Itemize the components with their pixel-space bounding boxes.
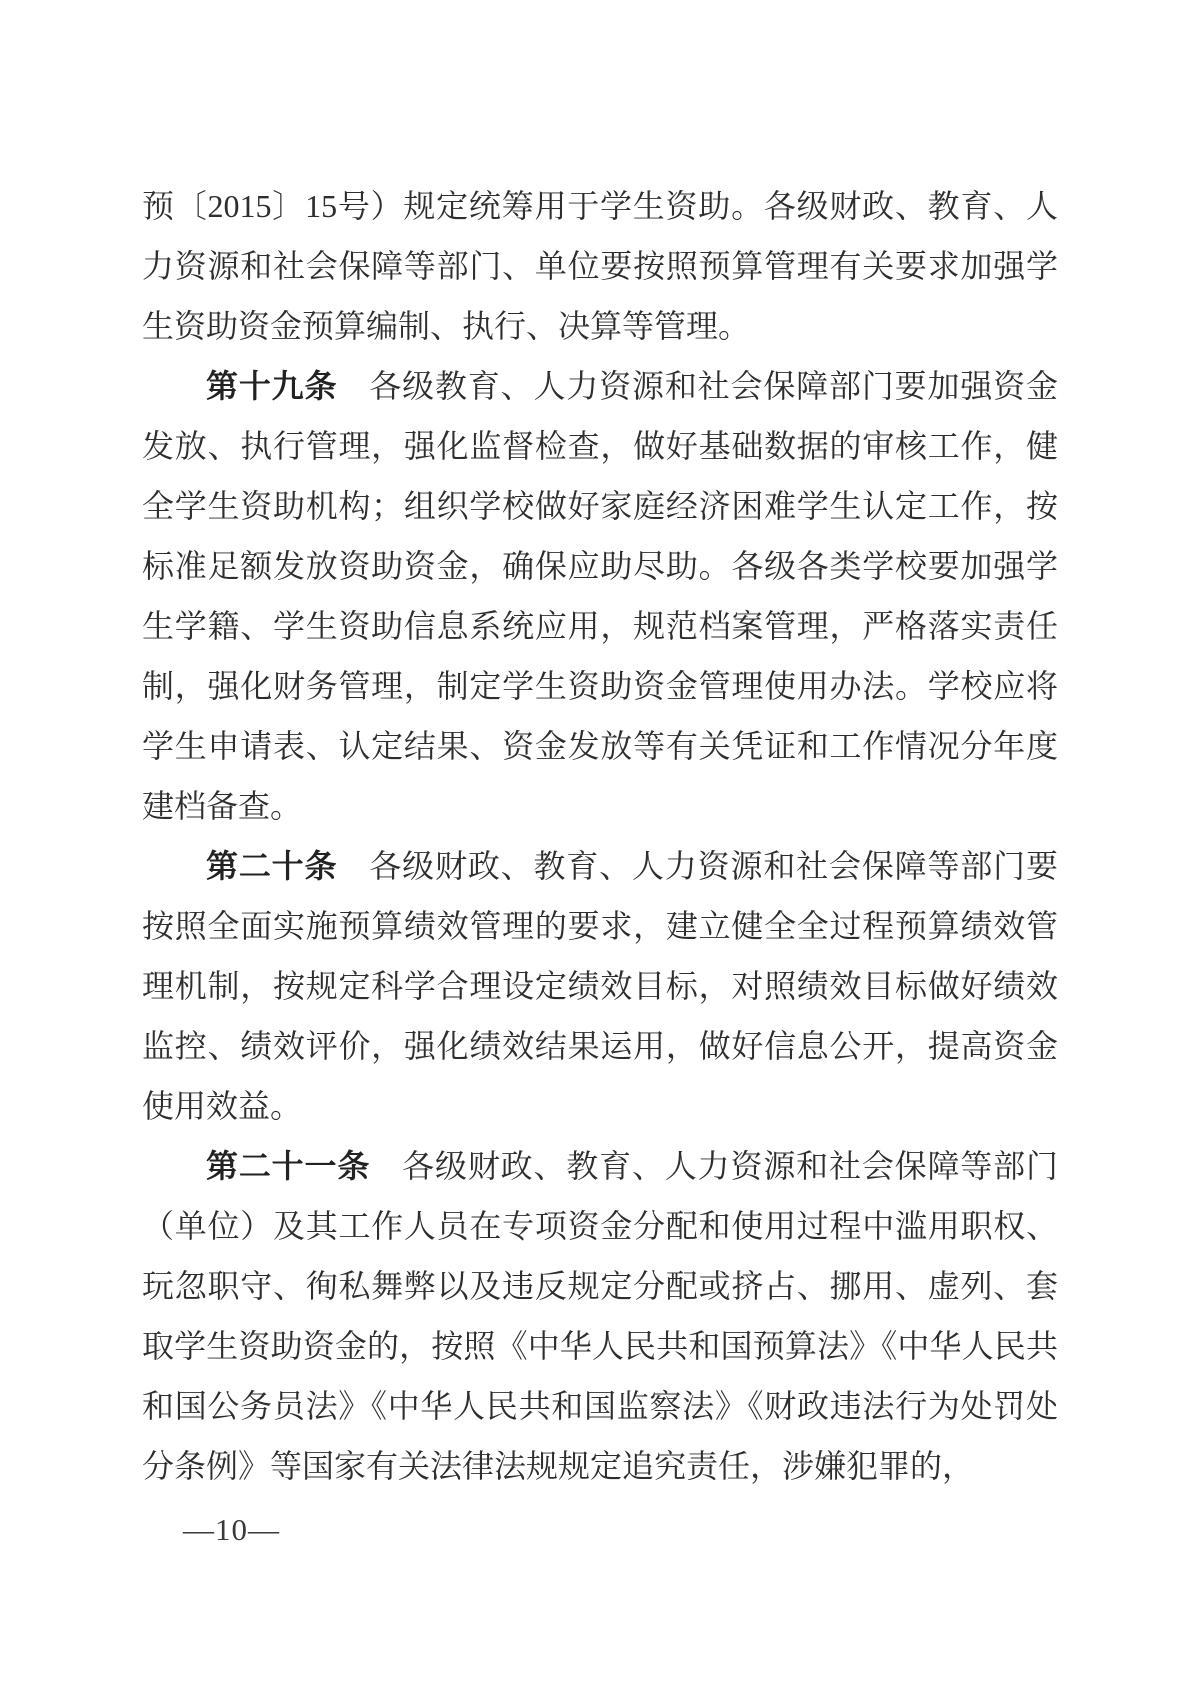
paragraph-article-19: 第十九条各级教育、人力资源和社会保障部门要加强资金发放、执行管理，强化监督检查，…: [142, 356, 1058, 836]
paragraph-text: 各级教育、人力资源和社会保障部门要加强资金发放、执行管理，强化监督检查，做好基础…: [142, 368, 1058, 824]
article-number-lead: 第二十条: [206, 848, 337, 884]
paragraph-text: 预〔2015〕15号）规定统筹用于学生资助。各级财政、教育、人力资源和社会保障等…: [142, 188, 1058, 344]
paragraph-text: 各级财政、教育、人力资源和社会保障等部门要按照全面实施预算绩效管理的要求，建立健…: [142, 848, 1058, 1124]
document-body-text: 预〔2015〕15号）规定统筹用于学生资助。各级财政、教育、人力资源和社会保障等…: [142, 176, 1058, 1496]
article-number-lead: 第二十一条: [206, 1148, 370, 1184]
article-number-lead: 第十九条: [206, 368, 337, 404]
paragraph-article-20: 第二十条各级财政、教育、人力资源和社会保障等部门要按照全面实施预算绩效管理的要求…: [142, 836, 1058, 1136]
page-number: —10—: [183, 1510, 280, 1550]
document-page: 预〔2015〕15号）规定统筹用于学生资助。各级财政、教育、人力资源和社会保障等…: [0, 0, 1200, 1694]
paragraph-continuation: 预〔2015〕15号）规定统筹用于学生资助。各级财政、教育、人力资源和社会保障等…: [142, 176, 1058, 356]
paragraph-article-21: 第二十一条各级财政、教育、人力资源和社会保障等部门（单位）及其工作人员在专项资金…: [142, 1136, 1058, 1496]
paragraph-text: 各级财政、教育、人力资源和社会保障等部门（单位）及其工作人员在专项资金分配和使用…: [142, 1148, 1058, 1484]
